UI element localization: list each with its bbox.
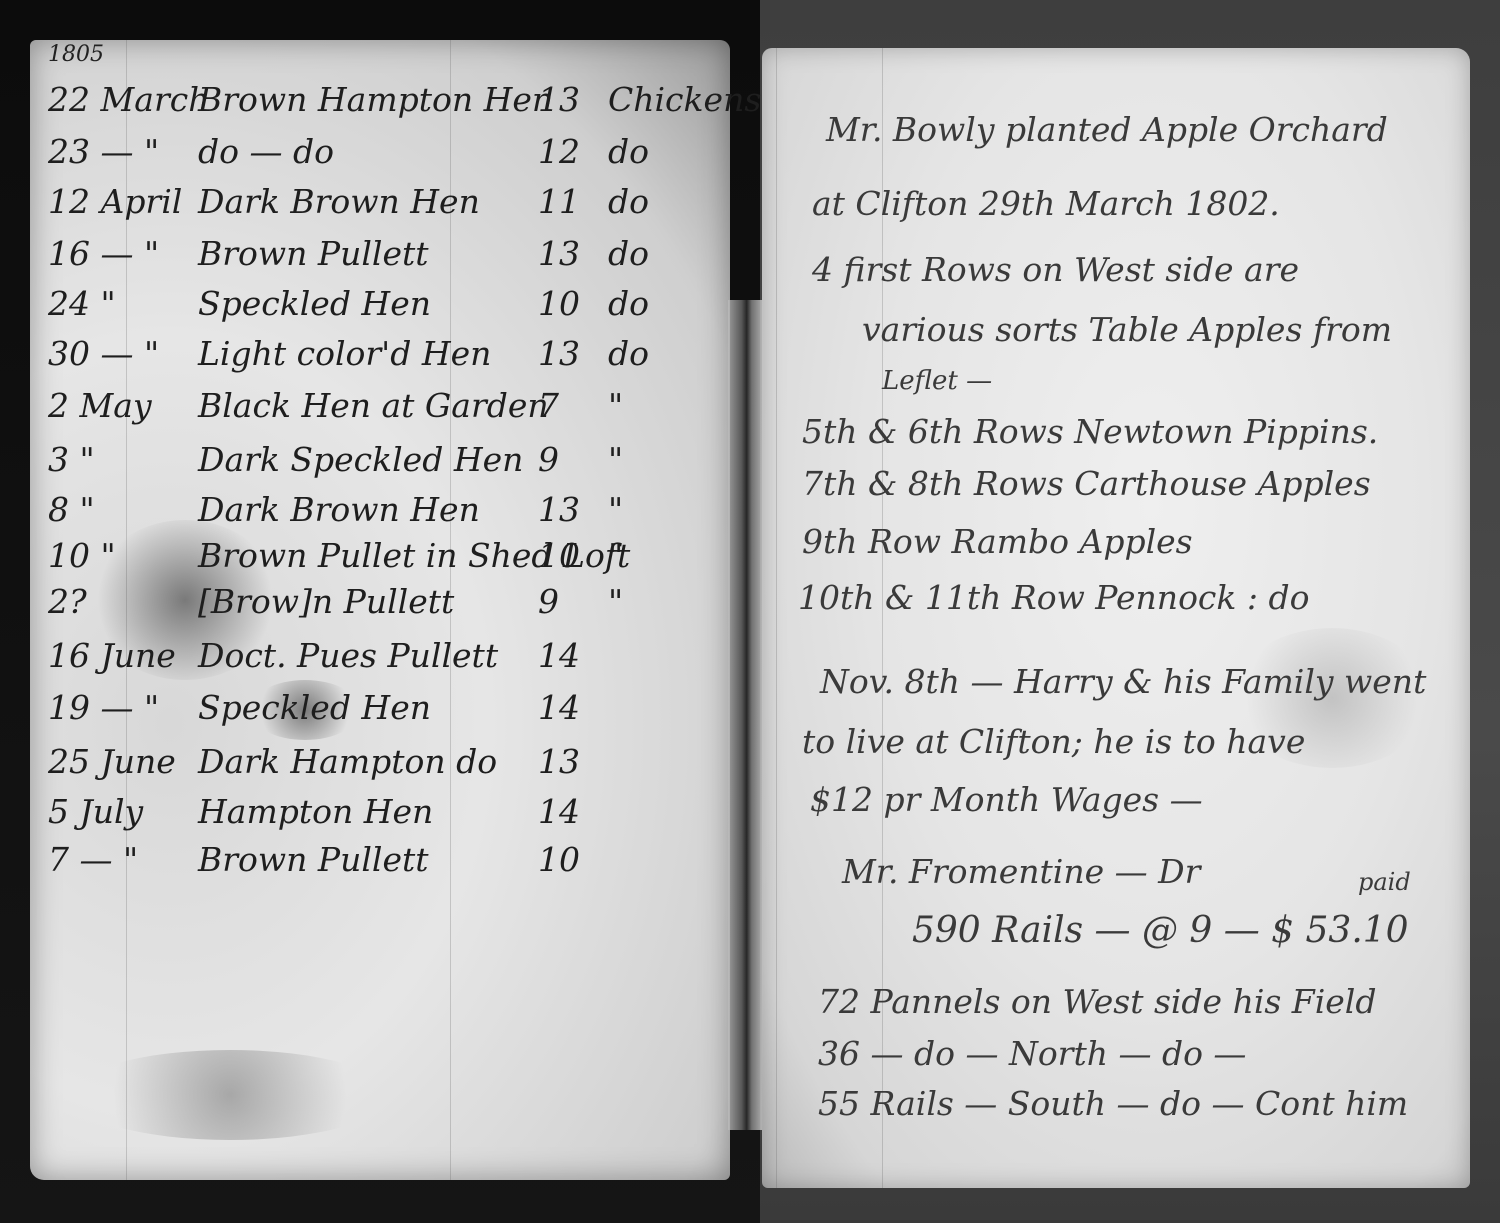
entry-date: 12 April [48, 182, 198, 221]
text-line: 36 — do — North — do — [818, 1034, 1246, 1073]
text-line: at Clifton 29th March 1802. [812, 184, 1280, 223]
paid-note: paid [1358, 868, 1411, 896]
entry-date: 2? [48, 582, 198, 621]
text-line: 7th & 8th Rows Carthouse Apples [802, 464, 1371, 503]
entry-description: do — do [198, 132, 578, 171]
right-page: Mr. Bowly planted Apple Orchard at Clift… [762, 48, 1470, 1188]
entry-unit: " [608, 536, 728, 575]
text-line: $12 pr Month Wages — [810, 780, 1203, 819]
entry-unit: " [608, 582, 728, 621]
text-line: Mr. Fromentine — Dr [842, 852, 1200, 891]
entry-count: 13 [538, 80, 598, 119]
entry-description: Dark Hampton do [198, 742, 578, 781]
entry-unit: do [608, 182, 728, 221]
entry-count: 14 [538, 636, 598, 675]
entry-description: Hampton Hen [198, 792, 578, 831]
entry-count: 13 [538, 742, 598, 781]
entry-unit: do [608, 234, 728, 273]
entry-unit: do [608, 132, 728, 171]
water-stain [70, 1050, 390, 1140]
entry-date: 8 " [48, 490, 198, 529]
entry-count: 9 [538, 582, 598, 621]
entry-unit: " [608, 386, 728, 425]
entry-description: Brown Hampton Hen [198, 80, 578, 119]
entry-count: 7 [538, 386, 598, 425]
entry-count: 14 [538, 792, 598, 831]
entry-unit: do [608, 284, 728, 323]
entry-description: Speckled Hen [198, 688, 578, 727]
text-line: 5th & 6th Rows Newtown Pippins. [802, 412, 1378, 451]
entry-description: Dark Speckled Hen [198, 440, 578, 479]
entry-description: Dark Brown Hen [198, 490, 578, 529]
text-line: 4 first Rows on West side are [812, 250, 1299, 289]
entry-count: 11 [538, 182, 598, 221]
entry-count: 9 [538, 440, 598, 479]
entry-description: Speckled Hen [198, 284, 578, 323]
entry-unit: " [608, 440, 728, 479]
entry-date: 23 — " [48, 132, 198, 171]
ruled-margin-line [776, 48, 777, 1188]
entry-description: Doct. Pues Pullett [198, 636, 578, 675]
text-line: Mr. Bowly planted Apple Orchard [826, 110, 1388, 149]
entry-count: 13 [538, 490, 598, 529]
text-line: 10th & 11th Row Pennock : do [798, 578, 1310, 617]
entry-count: 14 [538, 688, 598, 727]
entry-date: 24 " [48, 284, 198, 323]
entry-count: 10 [538, 536, 598, 575]
entry-date: 3 " [48, 440, 198, 479]
entry-date: 22 March [48, 80, 198, 119]
entry-unit: do [608, 334, 728, 373]
entry-count: 12 [538, 132, 598, 171]
entry-date: 5 July [48, 792, 198, 831]
entry-unit: " [608, 490, 728, 529]
entry-description: [Brow]n Pullett [198, 582, 578, 621]
entry-date: 7 — " [48, 840, 198, 879]
left-page: 1805 22 March Brown Hampton Hen 13 Chick… [30, 40, 730, 1180]
entry-count: 10 [538, 284, 598, 323]
entry-date: 25 June [48, 742, 198, 781]
entry-date: 30 — " [48, 334, 198, 373]
text-line: Nov. 8th — Harry & his Family went [820, 662, 1426, 701]
text-line: Leflet — [882, 366, 992, 396]
entry-description: Brown Pullett [198, 234, 578, 273]
entry-date: 10 " [48, 536, 198, 575]
entry-date: 19 — " [48, 688, 198, 727]
text-line: 590 Rails — @ 9 — $ 53.10 [912, 910, 1409, 951]
entry-unit: Chickens [608, 80, 728, 119]
entry-date: 2 May [48, 386, 198, 425]
text-line: to live at Clifton; he is to have [802, 722, 1305, 761]
text-line: 72 Pannels on West side his Field [818, 982, 1376, 1021]
text-line: 55 Rails — South — do — Cont him [818, 1084, 1408, 1123]
entry-description: Light color'd Hen [198, 334, 578, 373]
entry-description: Black Hen at Garden [198, 386, 578, 425]
text-line: 9th Row Rambo Apples [802, 522, 1193, 561]
entry-description: Dark Brown Hen [198, 182, 578, 221]
entry-count: 13 [538, 234, 598, 273]
book-spine [728, 300, 762, 1130]
entry-count: 10 [538, 840, 598, 879]
entry-description: Brown Pullett [198, 840, 578, 879]
entry-count: 13 [538, 334, 598, 373]
text-line: various sorts Table Apples from [862, 310, 1392, 349]
entry-date: 16 June [48, 636, 198, 675]
entry-description: Brown Pullet in Shed Loft [198, 536, 578, 575]
page-year: 1805 [48, 42, 104, 67]
entry-date: 16 — " [48, 234, 198, 273]
